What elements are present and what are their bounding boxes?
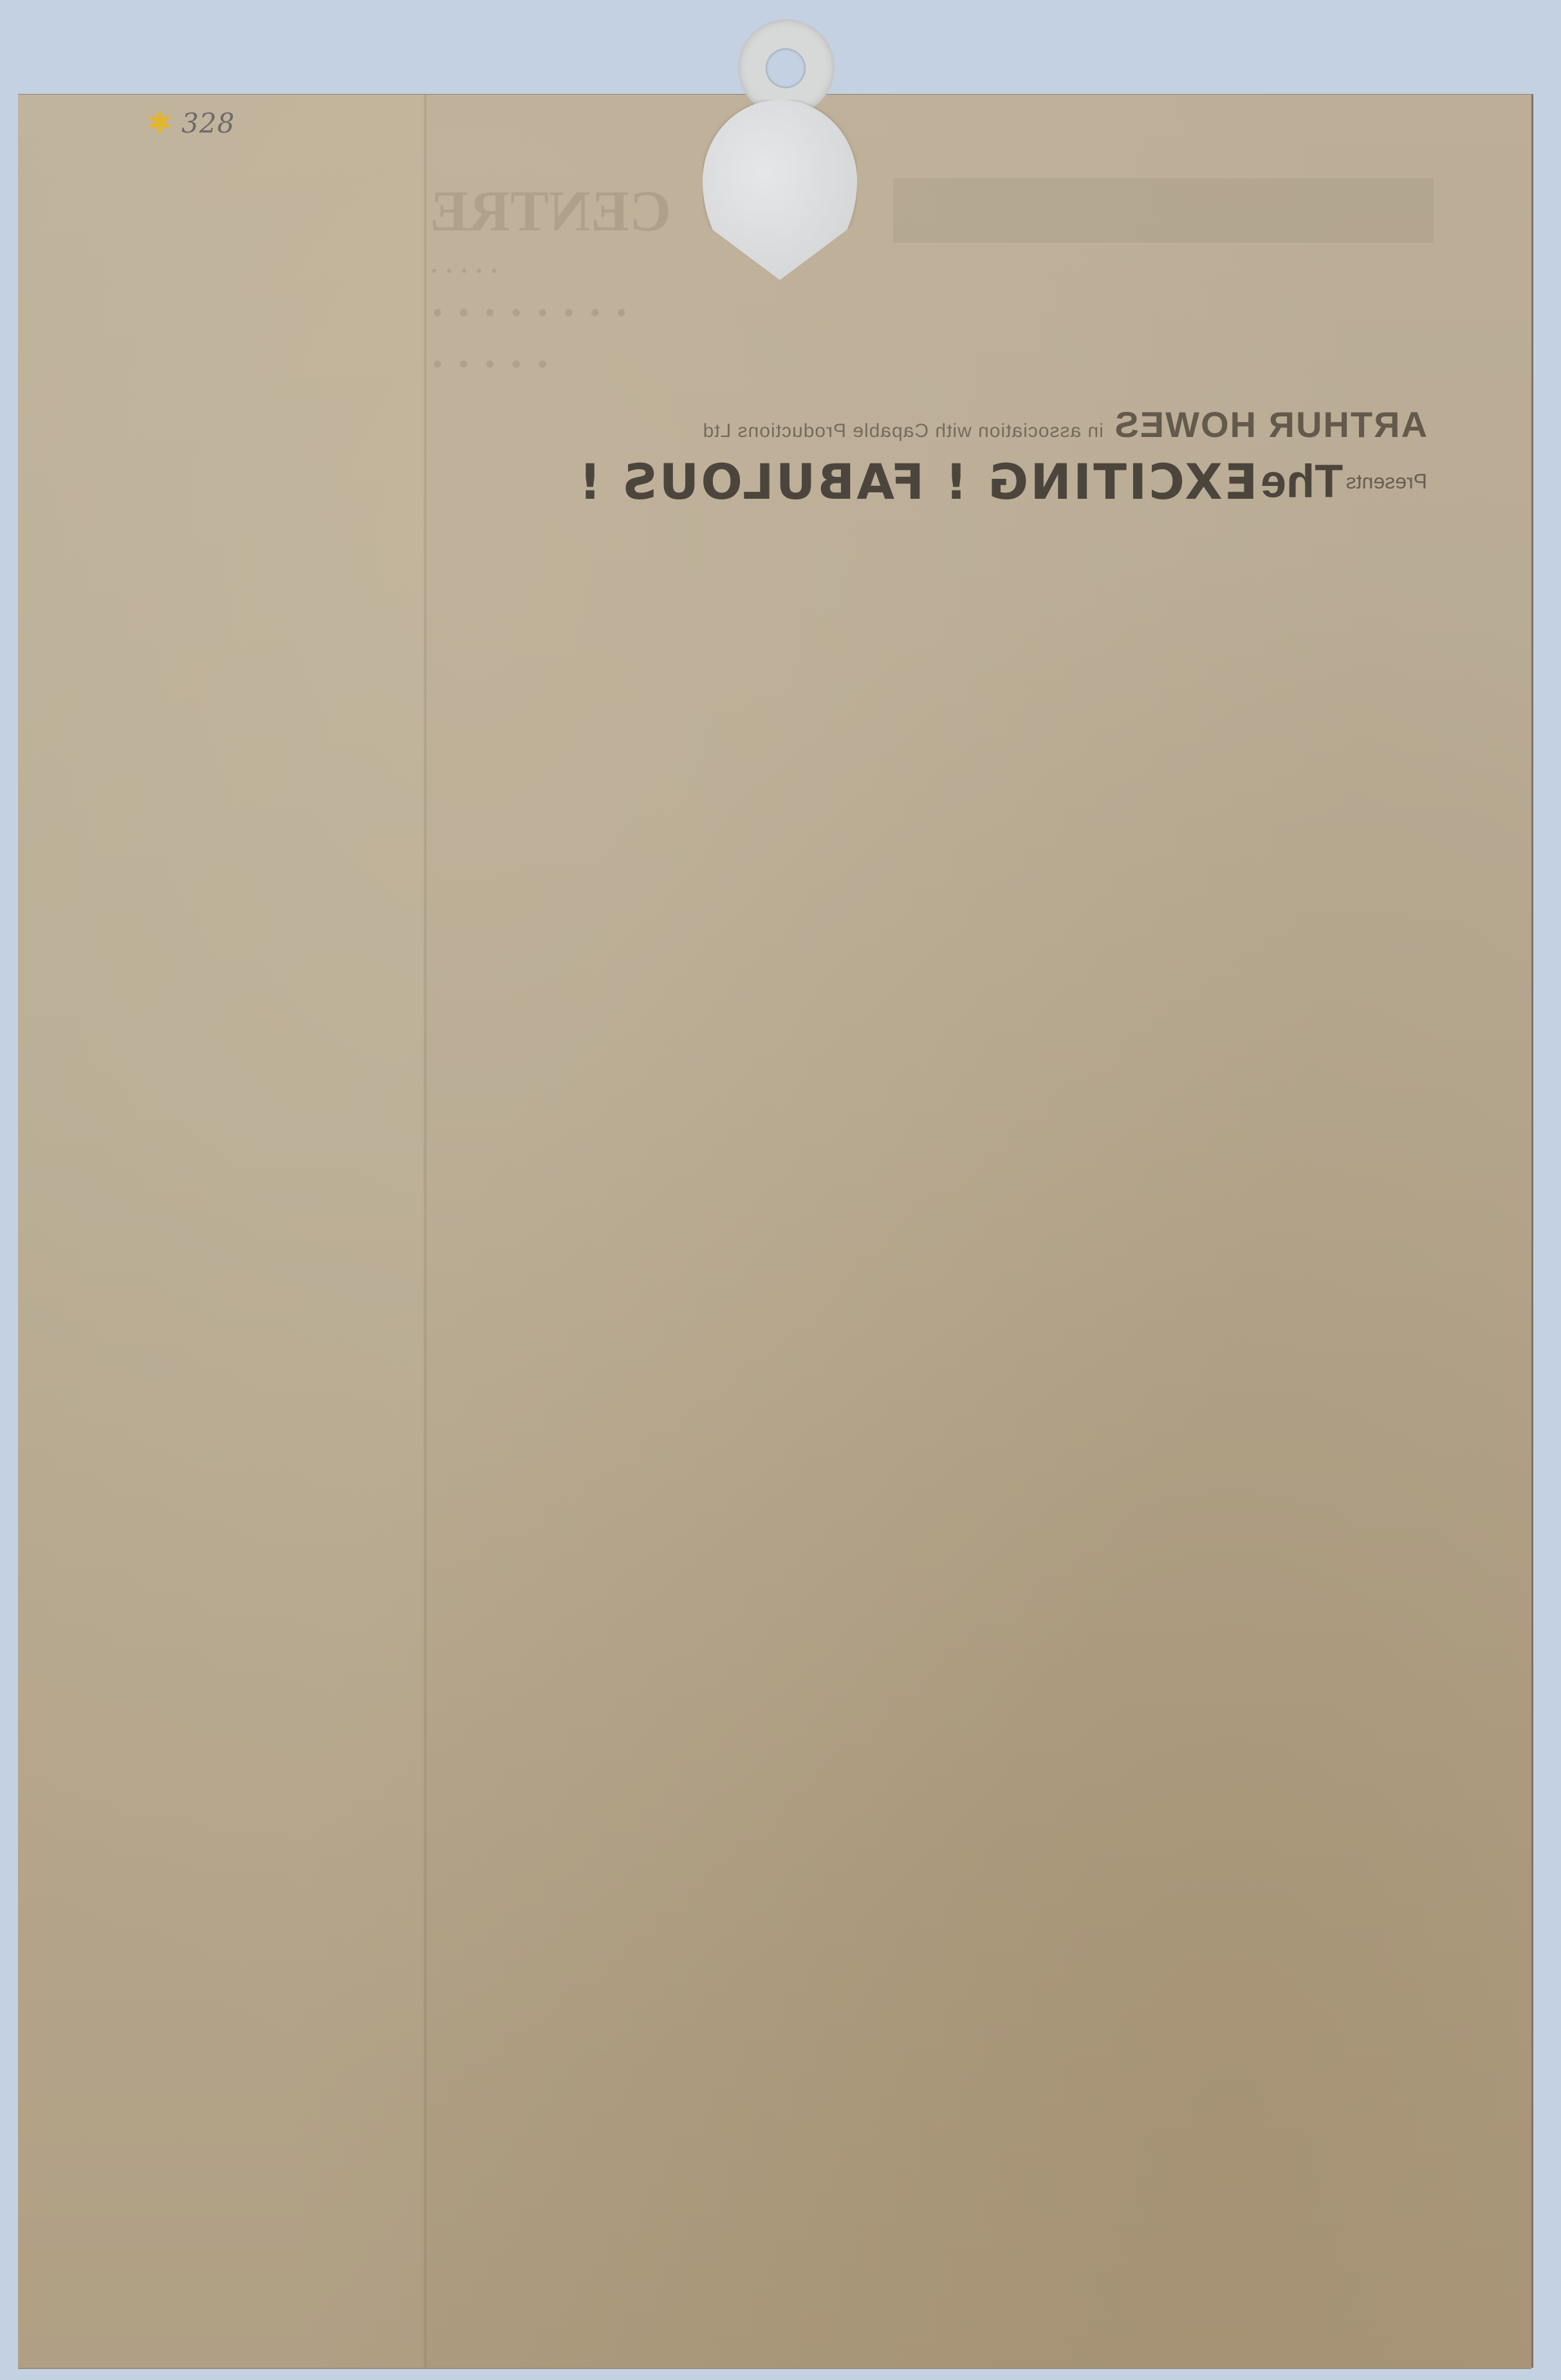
faded-line-1: CENTRE: [430, 178, 1446, 245]
star-icon: ✱: [147, 111, 172, 136]
producer-name: ARTHUR HOWES: [1113, 404, 1427, 445]
association-text: in association with Capable Productions …: [703, 420, 1104, 442]
faded-line-2: · · · · ·: [430, 256, 1446, 286]
faded-show-through-text: CENTRE · · · · · · · · · · · · · · · · ·…: [430, 165, 1446, 397]
inventory-number: 328: [181, 107, 235, 139]
hanging-tab: [703, 19, 857, 290]
presents-text: Presents: [1346, 470, 1427, 493]
faded-line-4: · · · · ·: [430, 339, 1446, 391]
producer-line: ARTHUR HOWES in association with Capable…: [488, 404, 1427, 445]
hanger-disc: [703, 100, 857, 280]
mirrored-offset-text: ARTHUR HOWES in association with Capable…: [488, 404, 1427, 510]
the-text: The: [1261, 456, 1343, 508]
vertical-fold-line: [423, 95, 427, 2368]
show-card-back: ✱ 328 CENTRE · · · · · · · · · · · · · ·…: [18, 94, 1531, 2368]
hanger-hole: [766, 48, 806, 88]
headline-text: EXCITING ! FABULOUS !: [577, 453, 1258, 510]
headline-line: Presents The EXCITING ! FABULOUS !: [488, 453, 1427, 510]
inventory-mark: ✱ 328: [147, 107, 235, 139]
left-panel-tone: [18, 95, 423, 2368]
faded-line-3: · · · · · · · ·: [430, 288, 1446, 339]
